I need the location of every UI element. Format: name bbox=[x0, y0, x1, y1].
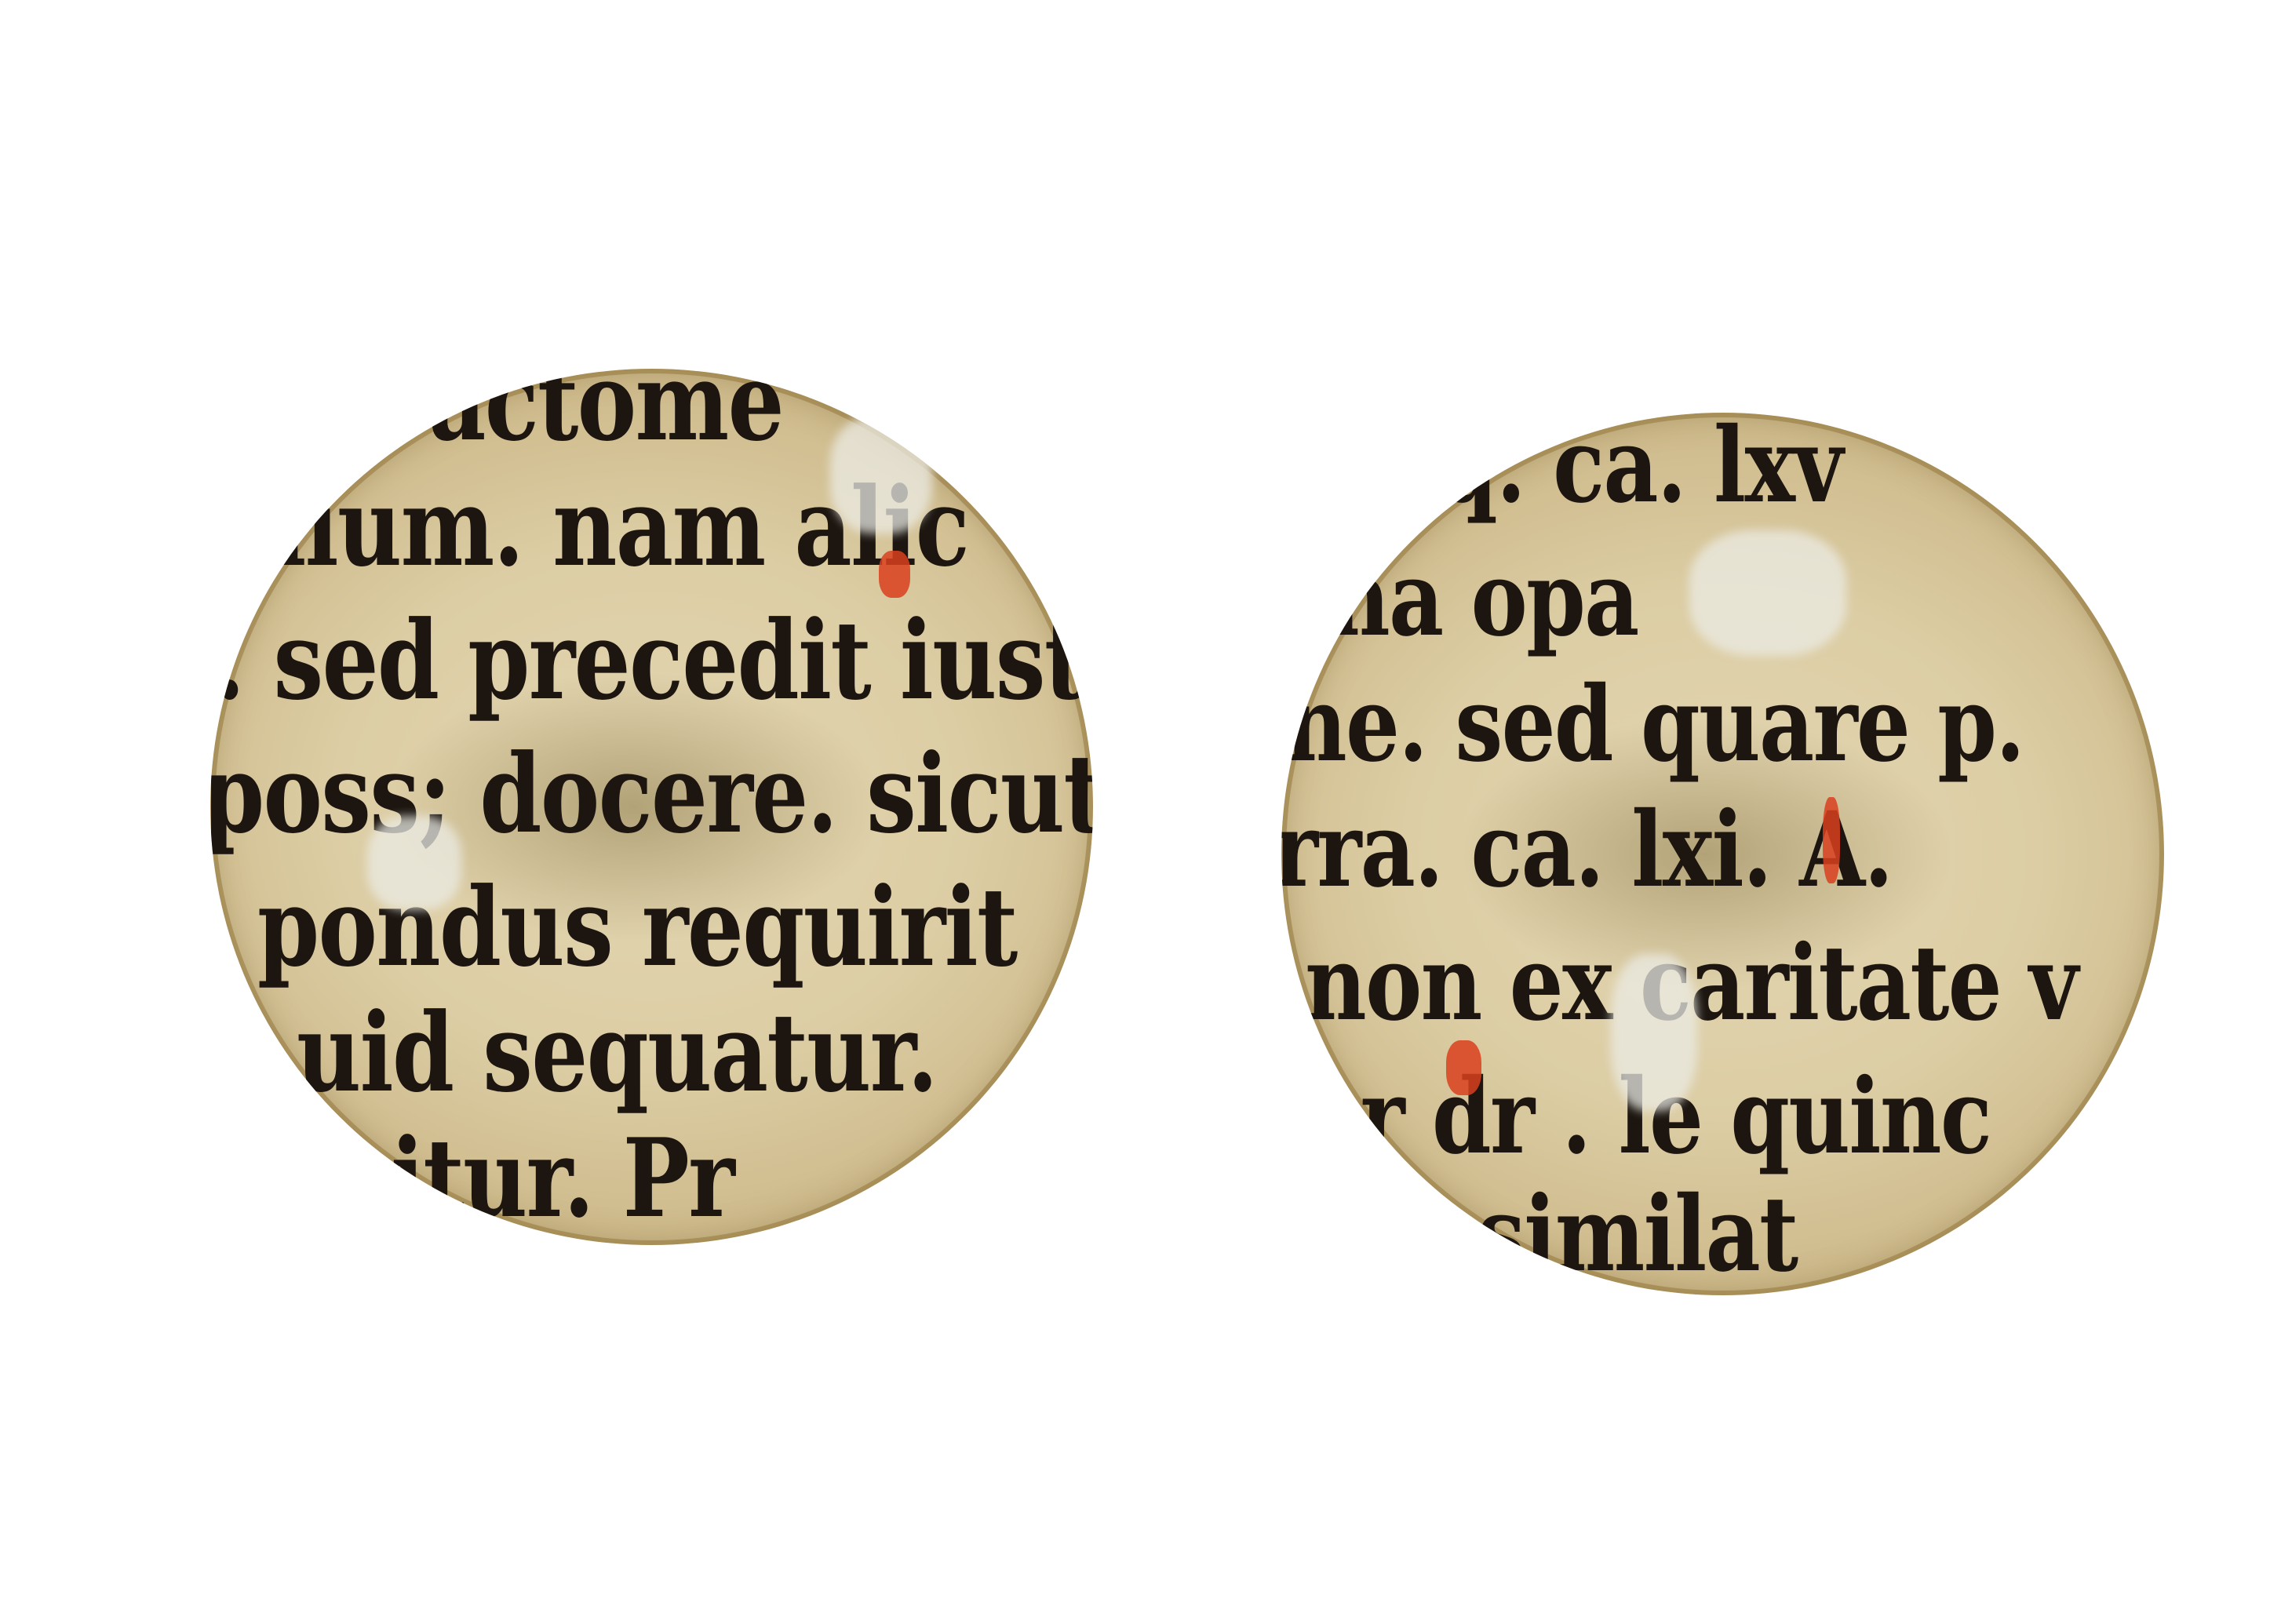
paper-abrasion bbox=[1611, 954, 1697, 1111]
text-line: q. ca. lxv bbox=[1438, 413, 1842, 526]
red-rubric-mark bbox=[1823, 797, 1840, 883]
text-line: na opa bbox=[1328, 538, 1638, 660]
text-line: itur. Pr bbox=[391, 1114, 734, 1242]
text-line: e actōme bbox=[344, 369, 783, 465]
red-rubric-mark bbox=[879, 551, 910, 598]
text-line: poss; docere. sicut i bbox=[210, 730, 1093, 858]
right-parchment-fragment: q. ca. lxv na opa ne. sed quare p. rra. … bbox=[1281, 413, 2164, 1295]
left-parchment-fragment: e actōme nium. nam alic . sed precedit i… bbox=[210, 369, 1093, 1245]
text-line: ne. sed quare p. bbox=[1285, 664, 2024, 785]
text-line: similat bbox=[1478, 1174, 1797, 1295]
text-line: rra. ca. lxi. A. bbox=[1281, 789, 1893, 911]
paper-abrasion bbox=[367, 816, 461, 910]
red-rubric-mark bbox=[1446, 1040, 1481, 1095]
text-line: . sed precedit iustu bbox=[214, 596, 1093, 724]
paper-abrasion bbox=[830, 416, 932, 533]
text-line: uid sequatur. bbox=[297, 989, 937, 1116]
paper-abrasion bbox=[1689, 530, 1846, 656]
